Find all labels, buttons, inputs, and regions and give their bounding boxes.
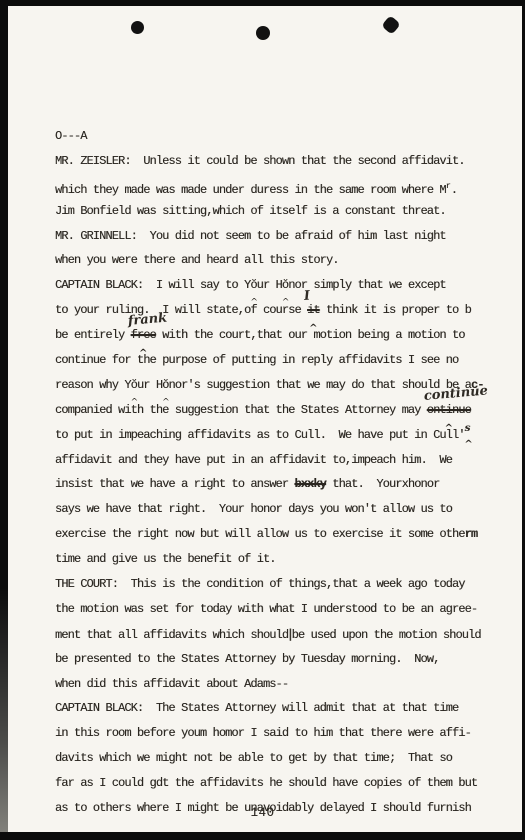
text-segment: companied with the suggestion that the S… <box>55 403 427 417</box>
punch-hole <box>256 26 270 40</box>
text-segment: continue for the purpose of putting in r… <box>55 353 458 367</box>
text-line: companied with the suggestion that the S… <box>55 398 495 423</box>
document-text: O---AMR. ZEISLER: Unless it could be sho… <box>55 124 495 821</box>
text-line: which they made was made under duress in… <box>55 174 495 199</box>
text-segment: says we have that right. Your honor days… <box>55 502 452 516</box>
text-segment: when you were there and heard all this s… <box>55 253 339 267</box>
text-line: MR. ZEISLER: Unless it could be shown th… <box>55 149 495 174</box>
text-segment: O---A <box>55 129 87 143</box>
text-line: in this room before youm homor I said to… <box>55 721 495 746</box>
scan-edge-bottom <box>0 832 525 840</box>
struck-text: it <box>307 303 320 317</box>
text-segment: be entirely <box>55 328 131 342</box>
text-line: CAPTAIN BLACK: The States Attorney will … <box>55 696 495 721</box>
text-segment: Jim Bonfield was sitting,which of itself… <box>55 204 446 218</box>
text-line: MR. GRINNELL: You did not seem to be afr… <box>55 224 495 249</box>
scanned-page: O---AMR. ZEISLER: Unless it could be sho… <box>0 0 525 840</box>
text-segment: davits which we might not be able to get… <box>55 751 452 765</box>
text-segment: MR. GRINNELL: You did not seem to be afr… <box>55 229 446 243</box>
text-line: continue for the purpose of putting in r… <box>55 348 495 373</box>
text-line: to put in impeaching affidavits as to Cu… <box>55 423 495 448</box>
text-segment: be used upon the motion should <box>292 628 481 642</box>
punch-hole <box>381 15 401 35</box>
text-line: insist that we have a right to answer bx… <box>55 472 495 497</box>
text-line: O---A <box>55 124 495 149</box>
text-segment: ŏ <box>282 278 288 292</box>
text-segment: ŏ <box>162 378 168 392</box>
text-line: to your ruling. I will state,of course I… <box>55 298 495 323</box>
scan-edge-top <box>0 0 525 6</box>
text-segment: affidavit and they have put in an affida… <box>55 453 452 467</box>
text-segment: think it is proper to b <box>320 303 471 317</box>
text-segment: exercise the right now but will allow us… <box>55 527 465 541</box>
text-segment: ŏ <box>250 278 256 292</box>
text-line: when you were there and heard all this s… <box>55 248 495 273</box>
struck-text: bxxky <box>294 477 326 491</box>
text-line: ment that all affidavits which should|be… <box>55 622 495 647</box>
text-line: affidavit and they have put in an affida… <box>55 448 495 473</box>
text-line: time and give us the benefit of it. <box>55 547 495 572</box>
text-line: THE COURT: This is the condition of thin… <box>55 572 495 597</box>
struck-text: free <box>131 328 156 342</box>
text-line: Jim Bonfield was sitting,which of itself… <box>55 199 495 224</box>
text-segment: insist that we have a right to answer <box>55 477 294 491</box>
text-line: be entirely frankfree with the court,tha… <box>55 323 495 348</box>
page-number: 140 <box>0 806 525 820</box>
struck-text: ontinue <box>427 403 471 417</box>
text-segment: THE COURT: This is the condition of thin… <box>55 577 465 591</box>
text-segment: ŏ <box>131 378 137 392</box>
text-line: davits which we might not be able to get… <box>55 746 495 771</box>
text-segment: . <box>451 183 457 197</box>
text-segment: CAPTAIN BLACK: I will say to Y <box>55 278 250 292</box>
text-segment: when did this affidavit about Adams-- <box>55 677 288 691</box>
text-segment: time and give us the benefit of it. <box>55 552 276 566</box>
text-line: far as I could gdt the affidavits he sho… <box>55 771 495 796</box>
text-line: the motion was set for today with what I… <box>55 597 495 622</box>
text-segment: CAPTAIN BLACK: The States Attorney will … <box>55 701 458 715</box>
text-segment: nor simply that we except <box>288 278 446 292</box>
text-line: exercise the right now but will allow us… <box>55 522 495 547</box>
text-line: when did this affidavit about Adams-- <box>55 672 495 697</box>
text-segment: ment that all affidavits which should <box>55 628 288 642</box>
text-line: CAPTAIN BLACK: I will say to Yŏur Hŏnor … <box>55 273 495 298</box>
text-segment: ur H <box>137 378 162 392</box>
text-segment: that. Yourxhonor <box>326 477 439 491</box>
text-segment: far as I could gdt the affidavits he sho… <box>55 776 477 790</box>
text-segment: to put in impeaching affidavits as to Cu… <box>55 428 465 442</box>
text-line: says we have that right. Your honor days… <box>55 497 495 522</box>
text-line: be presented to the States Attorney by T… <box>55 647 495 672</box>
text-segment: to your ruling. I will state,of course <box>55 303 307 317</box>
text-segment: MR. ZEISLER: Unless it could be shown th… <box>55 154 465 168</box>
scan-edge-left <box>0 0 8 840</box>
text-segment: be presented to the States Attorney by T… <box>55 652 439 666</box>
text-segment: which they made was made under duress in… <box>55 183 446 197</box>
text-segment: the motion was set for today with what I… <box>55 602 477 616</box>
punch-hole <box>131 21 144 34</box>
text-segment: rm <box>465 527 478 541</box>
text-segment: reason why Y <box>55 378 131 392</box>
text-segment: in this room before youm homor I said to… <box>55 726 471 740</box>
text-segment: ur H <box>257 278 282 292</box>
